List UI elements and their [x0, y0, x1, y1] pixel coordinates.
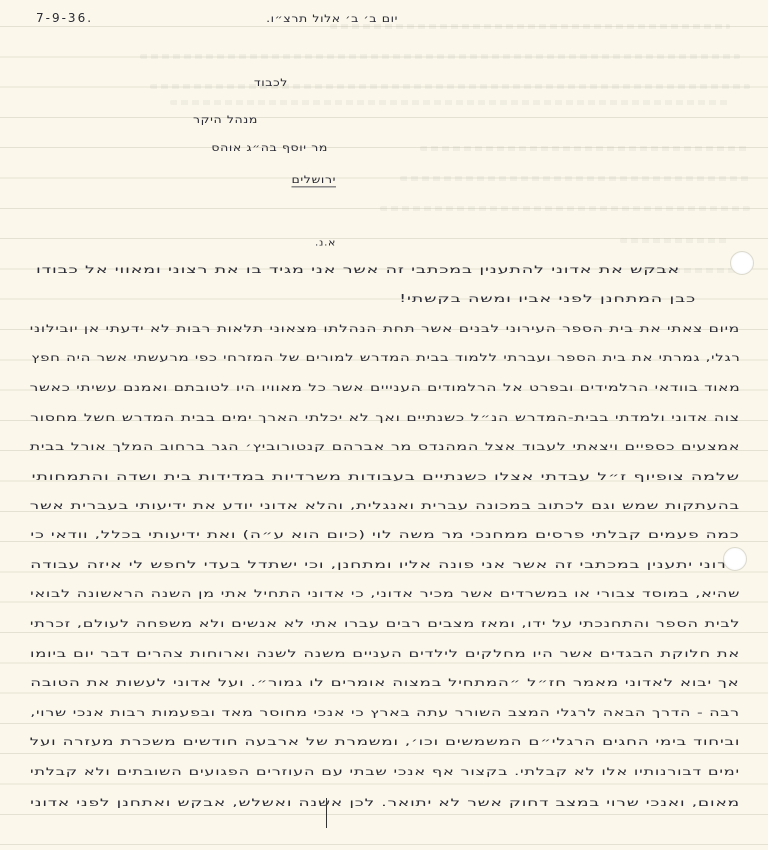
punch-hole-bottom	[723, 547, 747, 571]
letter-line: את חלוקת הבגדים אשר היו מחלקים לילדים הע…	[30, 647, 740, 659]
letter-line: צוה אדוני ולמדתי בבית-המדרש הנ״ל כשנתיים…	[30, 411, 740, 423]
pen-stroke	[326, 798, 327, 828]
salutation: א.נ.	[315, 237, 336, 248]
addressee-title: מנהל היקר	[193, 113, 258, 125]
letter-line: מיום צאתי את בית הספר העירוני לבנים אשר …	[30, 322, 740, 334]
letter-line: אדוני יתענין במכתבי זה אשר אני פונה אליו…	[31, 558, 741, 570]
letter-line: ימים דבורנותיו אלו לא קבלתי. בקצור אף אנ…	[30, 765, 740, 777]
letter-line: לבית הספר והתחנכתי על ידו, ומאז מצבים רב…	[30, 617, 740, 629]
letter-line: כבן המתחנן לפני אביו ומשה בקשתי!	[399, 292, 696, 304]
letter-line: וביחוד בימי החגים הרגלי״ם המשמשים וכו׳, …	[29, 735, 740, 747]
bleed-through-text	[0, 0, 768, 850]
letter-line: רבה - הדרך הבאה לרגלי המצב השורר עתה באר…	[30, 706, 740, 718]
letter-line: מאום, ואנכי שרוי במצב דחוק אשר לא יתואר.…	[30, 796, 740, 808]
letter-line: אמצעים כספיים ויצאתי לעבוד אצל המהנדס מר…	[29, 440, 740, 452]
letter-line: שלמה צופיוף ז״ל עבדתי אצלו כשנתיים בעבוד…	[32, 470, 740, 482]
gregorian-date: 7-9-36.	[36, 11, 93, 25]
letter-line: בהעתקות שמש וגם לכתוב במכונה עברית ואנגל…	[30, 499, 740, 511]
letter-line: רגלי, גמרתי את בית הספר ועברתי ללמוד בבי…	[31, 351, 740, 363]
punch-hole-top	[730, 251, 754, 275]
letter-line: אבקש את אדוני להתענין במכתבי זה אשר אני …	[36, 263, 680, 275]
addressee-city: ירושלים	[291, 173, 336, 185]
addressee-honorific: לכבוד	[254, 76, 288, 88]
letter-line: אך יבוא לאדוני מאמר חז״ל ״המתחיל במצוה א…	[31, 676, 740, 688]
letter-line: כמה פעמים קבלתי פרסים ממחנכי מר משה לוי …	[31, 528, 740, 540]
addressee-name: מר יוסף בה״ג אוהס	[211, 141, 328, 153]
letter-line: מאוד בוודאי הרלמידים ובפרט אל הרלמודים ה…	[29, 381, 740, 393]
letter-line: שהיא, במוסד צבורי או במשרדים אשר מכיר אד…	[30, 587, 740, 599]
ruled-paper-page: 7-9-36. יום ב׳ ב׳ אלול תרצ״ו. לכבוד מנהל…	[0, 0, 768, 850]
hebrew-date: יום ב׳ ב׳ אלול תרצ״ו.	[266, 12, 398, 24]
